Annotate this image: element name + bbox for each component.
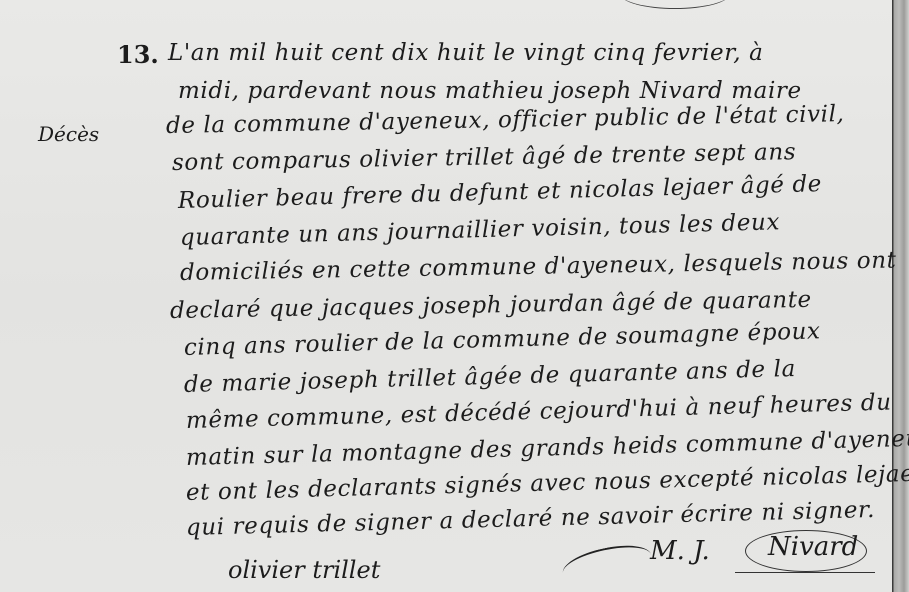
text-line: Roulier beau frere du defunt et nicolas … — [178, 171, 823, 214]
top-flourish — [620, 0, 730, 9]
text-line: sont comparus olivier trillet âgé de tre… — [172, 139, 797, 176]
register-page: Décès 13. L'an mil huit cent dix huit le… — [0, 0, 909, 592]
text-line: midi, pardevant nous mathieu joseph Niva… — [178, 78, 802, 104]
signature-nivard: Nivard — [768, 532, 858, 562]
text-line: de la commune d'ayeneux, officier public… — [166, 101, 845, 139]
text-line: cinq ans roulier de la commune de soumag… — [184, 318, 821, 361]
page-edge — [892, 0, 909, 592]
text-line: même commune, est décédé cejourd'hui à n… — [186, 390, 892, 434]
signature-initials: M. J. — [650, 536, 710, 566]
signature-underline — [735, 572, 875, 573]
text-line: de marie joseph trillet âgée de quarante… — [184, 356, 797, 398]
text-line: L'an mil huit cent dix huit le vingt cin… — [168, 40, 763, 66]
signature-initials-text: M. J. — [650, 536, 710, 566]
margin-note: Décès — [38, 122, 99, 146]
entry-number: 13. — [117, 40, 159, 69]
signature-trillet: olivier trillet — [228, 556, 380, 584]
text-line: domiciliés en cette commune d'ayeneux, l… — [180, 247, 897, 286]
signature-flourish — [560, 539, 655, 589]
text-line: quarante un ans journaillier voisin, tou… — [180, 209, 781, 251]
text-line: declaré que jacques joseph jourdan âgé d… — [170, 287, 812, 324]
